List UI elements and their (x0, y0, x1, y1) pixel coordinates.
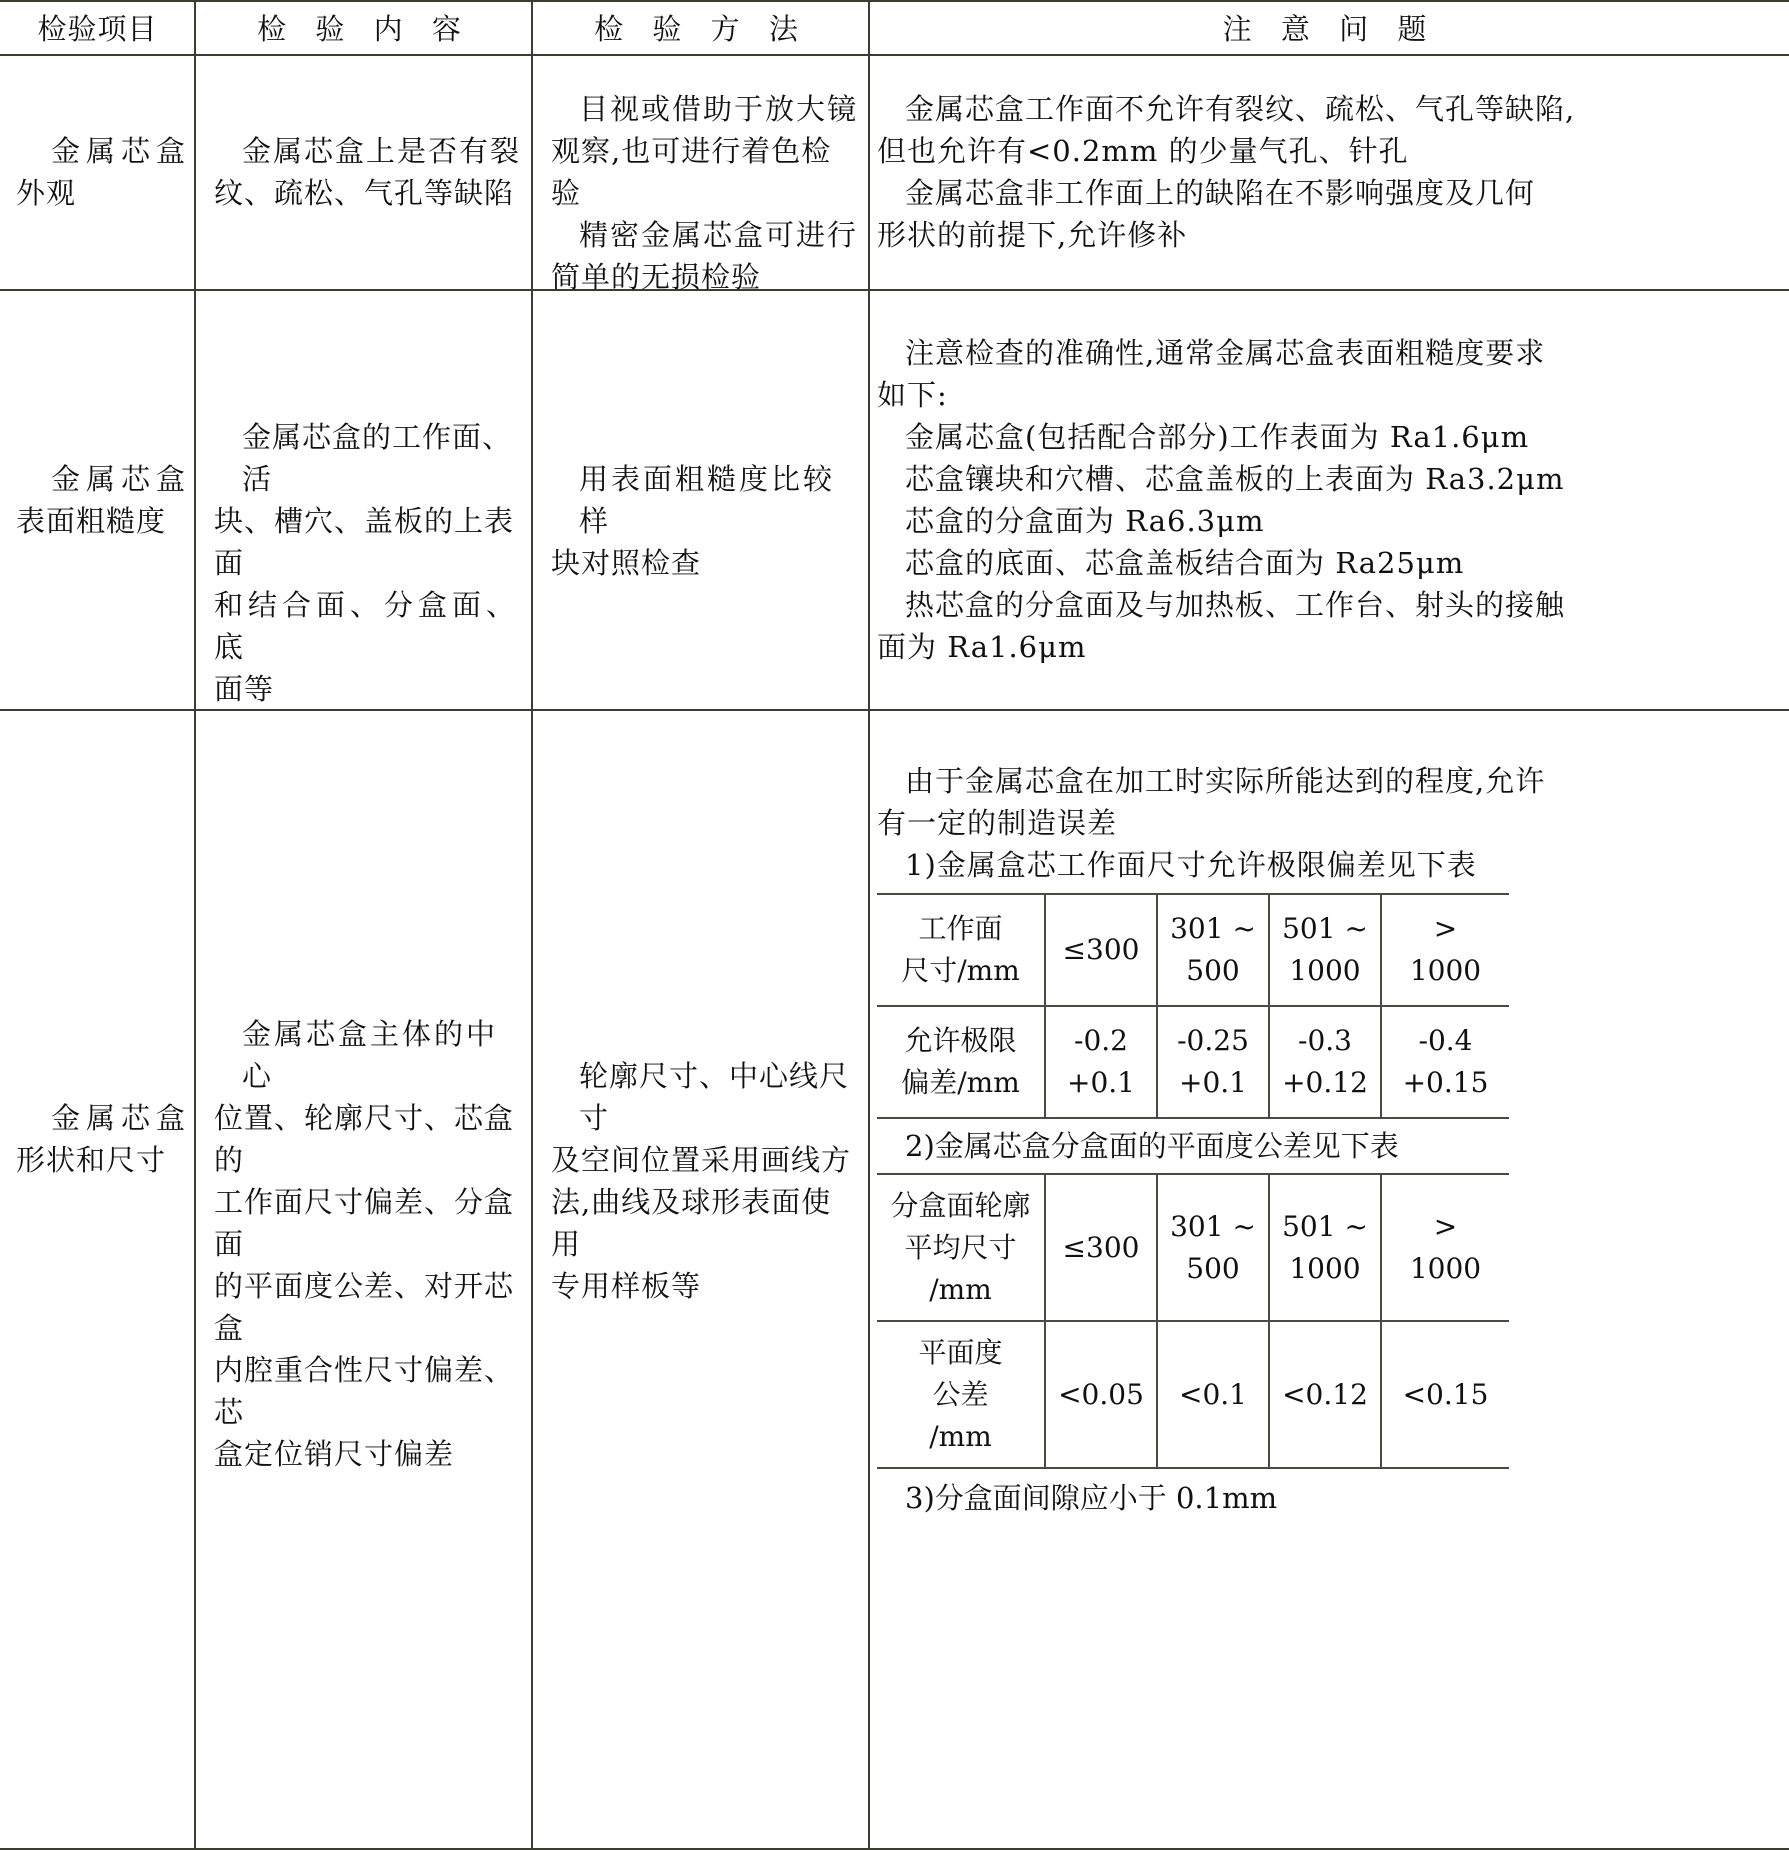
row3-content-line5: 内腔重合性尺寸偏差、芯 (214, 1349, 524, 1433)
row3-method-line1: 轮廓尺寸、中心线尺寸 (551, 1055, 861, 1139)
row1-notes-line4: 形状的前提下,允许修补 (877, 214, 1782, 256)
sub1-r1-c4: 501 ~ 1000 (1270, 895, 1380, 1005)
row2-notes-line5: 芯盒的分盒面为 Ra6.3μm (877, 500, 1782, 542)
row2-item: 金属芯盒 表面粗糙度 (16, 458, 191, 542)
row1-method-line1: 目视或借助于放大镜 (551, 88, 861, 130)
sub1-r2-c4: -0.3 +0.12 (1270, 1007, 1380, 1117)
row3-content-line1: 金属芯盒主体的中心 (214, 1013, 524, 1097)
row3-notes-intro: 由于金属芯盒在加工时实际所能达到的程度,允许 有一定的制造误差 1)金属盒芯工作… (877, 760, 1782, 886)
row3-method-line2: 及空间位置采用画线方 (551, 1139, 861, 1181)
sub2-r2-c4: <0.12 (1270, 1322, 1380, 1467)
sub3-note: 3)分盒面间隙应小于 0.1mm (905, 1477, 1277, 1519)
sub2-r2-c1: 平面度 公差 /mm (877, 1322, 1044, 1467)
row1-method-line3: 精密金属芯盒可进行 (551, 214, 861, 256)
row2-method-line1: 用表面粗糙度比较样 (551, 458, 861, 542)
header-inspection-method: 检 验 方 法 (533, 0, 869, 55)
sub2-r1-c2: ≤300 (1046, 1175, 1156, 1320)
row1-notes-line1: 金属芯盒工作面不允许有裂纹、疏松、气孔等缺陷, (877, 88, 1782, 130)
row3-content-line3: 工作面尺寸偏差、分盒面 (214, 1181, 524, 1265)
row2-notes-line2: 如下: (877, 374, 1782, 416)
row1-content-line2: 纹、疏松、气孔等缺陷 (214, 172, 524, 214)
row1-method: 目视或借助于放大镜 观察,也可进行着色检验 精密金属芯盒可进行 简单的无损检验 (551, 88, 861, 298)
row2-item-line1: 金属芯盒 (16, 458, 191, 500)
sub2-r1-c5: > 1000 (1382, 1175, 1509, 1320)
row3-notes-intro-line1: 由于金属芯盒在加工时实际所能达到的程度,允许 (877, 760, 1782, 802)
row2-method-line2: 块对照检查 (551, 542, 861, 584)
row2-notes-line7: 热芯盒的分盒面及与加热板、工作台、射头的接触 (877, 584, 1782, 626)
row1-item-line2: 外观 (16, 172, 191, 214)
sub2-r1-c3: 301 ~ 500 (1158, 1175, 1268, 1320)
row2-notes-line1: 注意检查的准确性,通常金属芯盒表面粗糙度要求 (877, 332, 1782, 374)
row3-content-line2: 位置、轮廓尺寸、芯盒的 (214, 1097, 524, 1181)
sub1-r1-c5: > 1000 (1382, 895, 1509, 1005)
row3-notes-intro-line2: 有一定的制造误差 (877, 802, 1782, 844)
row2-notes-line3: 金属芯盒(包括配合部分)工作表面为 Ra1.6μm (877, 416, 1782, 458)
sub1-r2-c2: -0.2 +0.1 (1046, 1007, 1156, 1117)
row1-notes-line2: 但也允许有<0.2mm 的少量气孔、针孔 (877, 130, 1782, 172)
row1-content: 金属芯盒上是否有裂 纹、疏松、气孔等缺陷 (214, 130, 524, 214)
row3-method-line3: 法,曲线及球形表面使用 (551, 1181, 861, 1265)
sub1-bottom-border (877, 1117, 1509, 1119)
row1-notes-line3: 金属芯盒非工作面上的缺陷在不影响强度及几何 (877, 172, 1782, 214)
sub2-title: 2)金属芯盒分盒面的平面度公差见下表 (905, 1125, 1399, 1167)
row2-notes-line4: 芯盒镶块和穴槽、芯盒盖板的上表面为 Ra3.2μm (877, 458, 1782, 500)
row2-item-line2: 表面粗糙度 (16, 500, 191, 542)
row3-content-line6: 盒定位销尺寸偏差 (214, 1433, 524, 1475)
row3-item-line1: 金属芯盒 (16, 1097, 191, 1139)
sub2-r2-c2: <0.05 (1046, 1322, 1156, 1467)
sub1-r2-c3: -0.25 +0.1 (1158, 1007, 1268, 1117)
header-inspection-item: 检验项目 (0, 0, 195, 55)
row1-method-line4: 简单的无损检验 (551, 256, 861, 298)
row3-method: 轮廓尺寸、中心线尺寸 及空间位置采用画线方 法,曲线及球形表面使用 专用样板等 (551, 1055, 861, 1307)
sub1-title: 1)金属盒芯工作面尺寸允许极限偏差见下表 (877, 844, 1782, 886)
sub1-r1-c1: 工作面 尺寸/mm (877, 895, 1044, 1005)
row2-content-line3: 和结合面、分盒面、底 (214, 584, 524, 668)
row1-notes: 金属芯盒工作面不允许有裂纹、疏松、气孔等缺陷, 但也允许有<0.2mm 的少量气… (877, 88, 1782, 256)
row2-content-line2: 块、槽穴、盖板的上表面 (214, 500, 524, 584)
sub2-r1-c1: 分盒面轮廓 平均尺寸 /mm (877, 1175, 1044, 1320)
row2-content-line4: 面等 (214, 668, 524, 710)
row1-content-line1: 金属芯盒上是否有裂 (214, 130, 524, 172)
row2-notes: 注意检查的准确性,通常金属芯盒表面粗糙度要求 如下: 金属芯盒(包括配合部分)工… (877, 332, 1782, 668)
row1-item: 金属芯盒 外观 (16, 130, 191, 214)
sub2-r2-c5: <0.15 (1382, 1322, 1509, 1467)
col2-divider (531, 0, 533, 1850)
row1-bottom-border (0, 289, 1789, 291)
sub2-bottom-border (877, 1467, 1509, 1469)
row3-item: 金属芯盒 形状和尺寸 (16, 1097, 191, 1181)
row2-content: 金属芯盒的工作面、活 块、槽穴、盖板的上表面 和结合面、分盒面、底 面等 (214, 416, 524, 710)
sub1-r2-c5: -0.4 +0.15 (1382, 1007, 1509, 1117)
row1-method-line2: 观察,也可进行着色检验 (551, 130, 861, 214)
header-inspection-content: 检 验 内 容 (196, 0, 532, 55)
row2-notes-line8: 面为 Ra1.6μm (877, 626, 1782, 668)
sub2-r2-c3: <0.1 (1158, 1322, 1268, 1467)
row3-content-line4: 的平面度公差、对开芯盒 (214, 1265, 524, 1349)
row2-content-line1: 金属芯盒的工作面、活 (214, 416, 524, 500)
row2-method: 用表面粗糙度比较样 块对照检查 (551, 458, 861, 584)
sub1-r1-c3: 301 ~ 500 (1158, 895, 1268, 1005)
sub1-r2-c1: 允许极限 偏差/mm (877, 1007, 1044, 1117)
col1-divider (194, 0, 196, 1850)
col3-divider (868, 0, 870, 1850)
sub2-r1-c4: 501 ~ 1000 (1270, 1175, 1380, 1320)
sub1-r1-c2: ≤300 (1046, 895, 1156, 1005)
row3-method-line4: 专用样板等 (551, 1265, 861, 1307)
header-notes: 注 意 问 题 (870, 0, 1789, 55)
row3-item-line2: 形状和尺寸 (16, 1139, 191, 1181)
row2-notes-line6: 芯盒的底面、芯盒盖板结合面为 Ra25μm (877, 542, 1782, 584)
row1-item-line1: 金属芯盒 (16, 130, 191, 172)
row3-content: 金属芯盒主体的中心 位置、轮廓尺寸、芯盒的 工作面尺寸偏差、分盒面 的平面度公差… (214, 1013, 524, 1475)
